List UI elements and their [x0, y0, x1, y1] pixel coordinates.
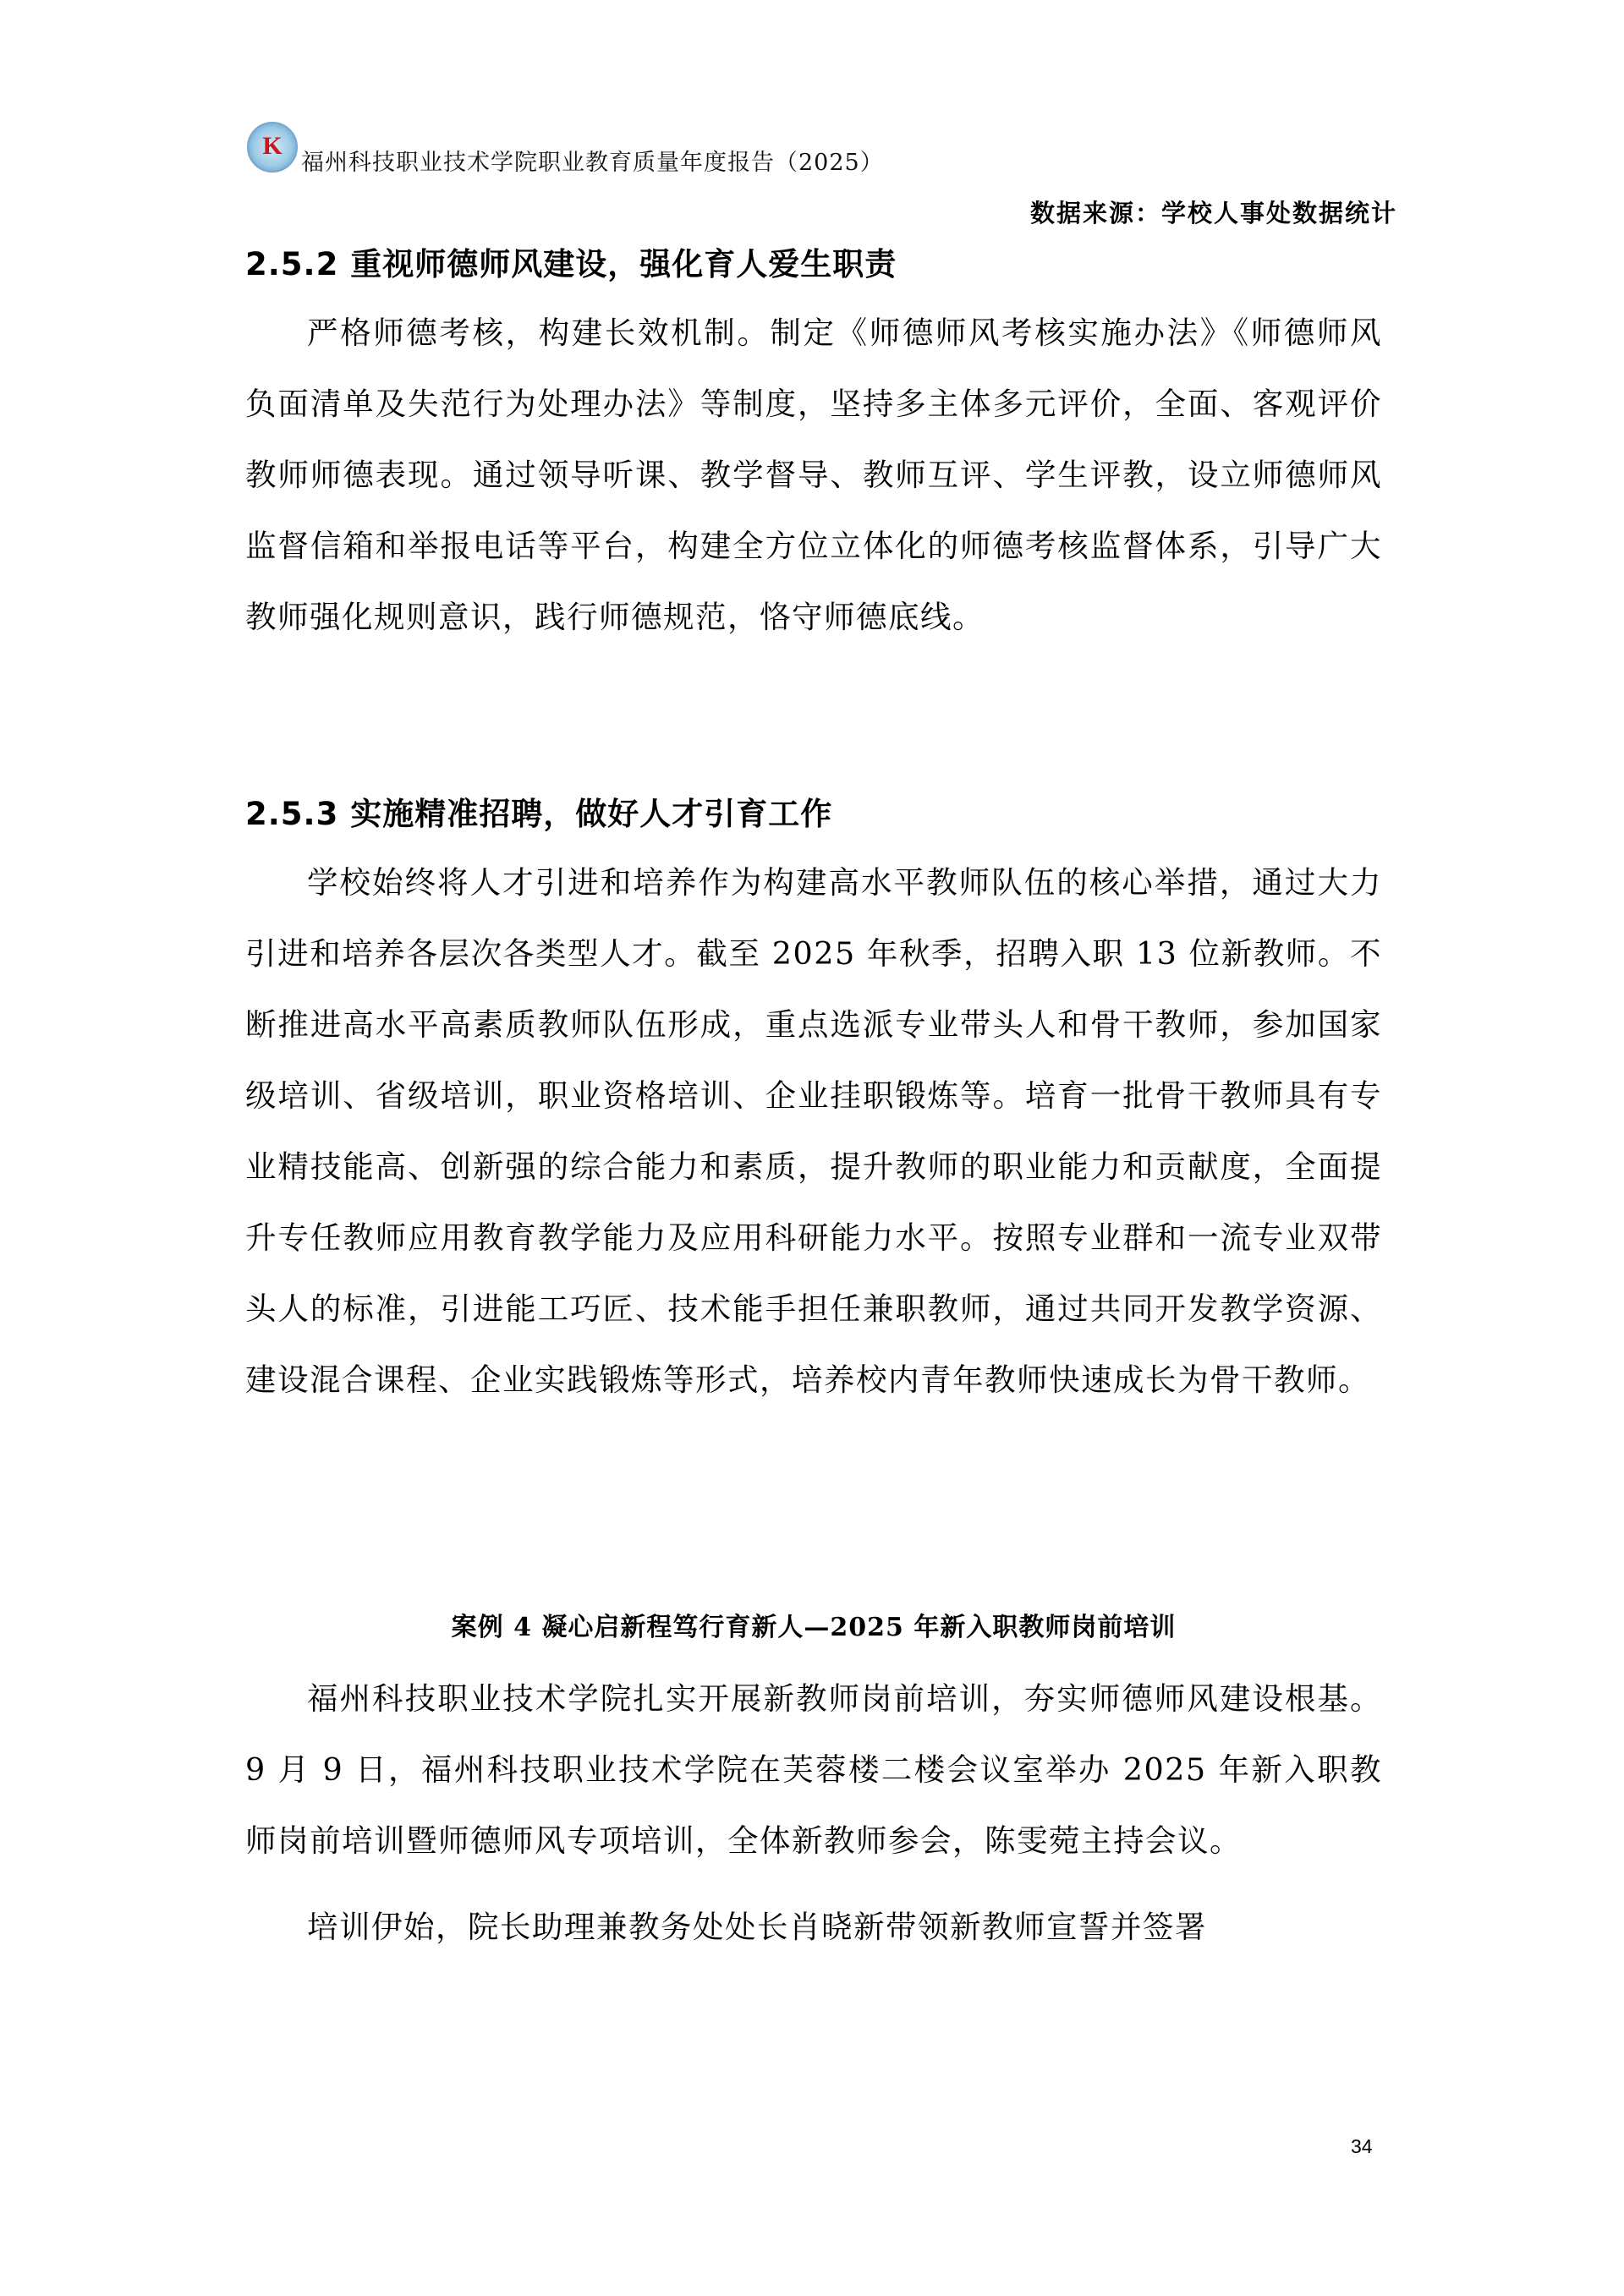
section-paragraph: 严格师德考核，构建长效机制。制定《师德师风考核实施办法》《师德师风负面清单及失范… — [245, 298, 1382, 653]
school-logo-icon: K — [247, 122, 298, 173]
logo-letter: K — [249, 134, 296, 159]
section-2-5-2: 2.5.2 重视师德师风建设，强化育人爱生职责 严格师德考核，构建长效机制。制定… — [245, 244, 1382, 653]
page-number: 34 — [1351, 2134, 1373, 2158]
case-title: 案例 4 凝心启新程笃行育新人—2025 年新入职教师岗前培训 — [245, 1611, 1382, 1645]
data-source-caption: 数据来源：学校人事处数据统计 — [1030, 196, 1397, 230]
section-heading: 2.5.2 重视师德师风建设，强化育人爱生职责 — [245, 244, 1382, 286]
section-paragraph: 学校始终将人才引进和培养作为构建高水平教师队伍的核心举措，通过大力引进和培养各层… — [245, 847, 1382, 1416]
report-title: 福州科技职业技术学院职业教育质量年度报告（2025） — [301, 149, 884, 178]
case-paragraph: 福州科技职业技术学院扎实开展新教师岗前培训，夯实师德师风建设根基。9 月 9 日… — [245, 1663, 1382, 1877]
section-2-5-3: 2.5.3 实施精准招聘，做好人才引育工作 学校始终将人才引进和培养作为构建高水… — [245, 793, 1382, 1416]
section-heading: 2.5.3 实施精准招聘，做好人才引育工作 — [245, 793, 1382, 836]
page-header: K 福州科技职业技术学院职业教育质量年度报告（2025） — [247, 127, 884, 178]
case-paragraph: 培训伊始，院长助理兼教务处处长肖晓新带领新教师宣誓并签署 — [245, 1892, 1382, 1963]
case-study: 案例 4 凝心启新程笃行育新人—2025 年新入职教师岗前培训 福州科技职业技术… — [245, 1611, 1382, 1963]
